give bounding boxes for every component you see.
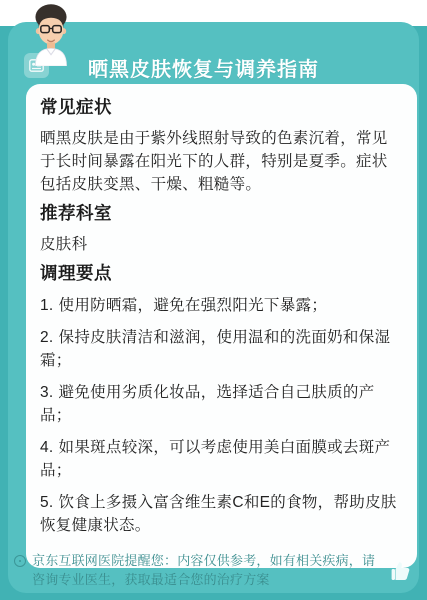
care-item-number: 1. bbox=[40, 297, 54, 314]
care-item-text: 饮食上多摄入富含维生素C和E的食物，帮助皮肤恢复健康状态。 bbox=[40, 494, 397, 534]
disclaimer-footer: 京东互联网医院提醒您：内容仅供参考，如有相关疾病，请咨询专业医生，获取最适合您的… bbox=[14, 551, 379, 589]
doctor-avatar bbox=[22, 0, 80, 66]
care-item-number: 5. bbox=[40, 494, 54, 511]
care-item: 4.如果斑点较深，可以考虑使用美白面膜或去斑产品； bbox=[40, 436, 403, 482]
care-item-text: 如果斑点较深，可以考虑使用美白面膜或去斑产品； bbox=[40, 439, 390, 479]
thumbs-up-icon bbox=[388, 558, 414, 584]
care-heading: 调理要点 bbox=[40, 262, 403, 285]
symptoms-heading: 常见症状 bbox=[40, 96, 403, 119]
department-value: 皮肤科 bbox=[40, 233, 403, 256]
care-item: 2.保持皮肤清洁和滋润，使用温和的洗面奶和保湿霜； bbox=[40, 326, 403, 372]
guide-card: 晒黑皮肤恢复与调养指南 常见症状 晒黑皮肤是由于紫外线照射导致的色素沉着，常见于… bbox=[8, 22, 419, 593]
page-title: 晒黑皮肤恢复与调养指南 bbox=[88, 53, 319, 82]
care-item-text: 保持皮肤清洁和滋润，使用温和的洗面奶和保湿霜； bbox=[40, 329, 390, 369]
care-item: 5.饮食上多摄入富含维生素C和E的食物，帮助皮肤恢复健康状态。 bbox=[40, 491, 403, 537]
care-item-text: 避免使用劣质化妆品，选择适合自己肤质的产品； bbox=[40, 384, 375, 424]
care-item-number: 4. bbox=[40, 439, 54, 456]
department-heading: 推荐科室 bbox=[40, 202, 403, 225]
content-panel: 常见症状 晒黑皮肤是由于紫外线照射导致的色素沉着，常见于长时间暴露在阳光下的人群… bbox=[26, 84, 417, 568]
info-circle-icon bbox=[14, 555, 26, 567]
care-item-text: 使用防晒霜，避免在强烈阳光下暴露； bbox=[59, 297, 328, 314]
thumbs-up-button[interactable] bbox=[387, 557, 415, 585]
disclaimer-text: 京东互联网医院提醒您：内容仅供参考，如有相关疾病，请咨询专业医生，获取最适合您的… bbox=[32, 551, 379, 589]
care-item-number: 3. bbox=[40, 384, 54, 401]
care-item: 1.使用防晒霜，避免在强烈阳光下暴露； bbox=[40, 294, 403, 317]
care-item-number: 2. bbox=[40, 329, 54, 346]
care-item: 3.避免使用劣质化妆品，选择适合自己肤质的产品； bbox=[40, 381, 403, 427]
symptoms-body: 晒黑皮肤是由于紫外线照射导致的色素沉着，常见于长时间暴露在阳光下的人群，特别是夏… bbox=[40, 127, 403, 196]
